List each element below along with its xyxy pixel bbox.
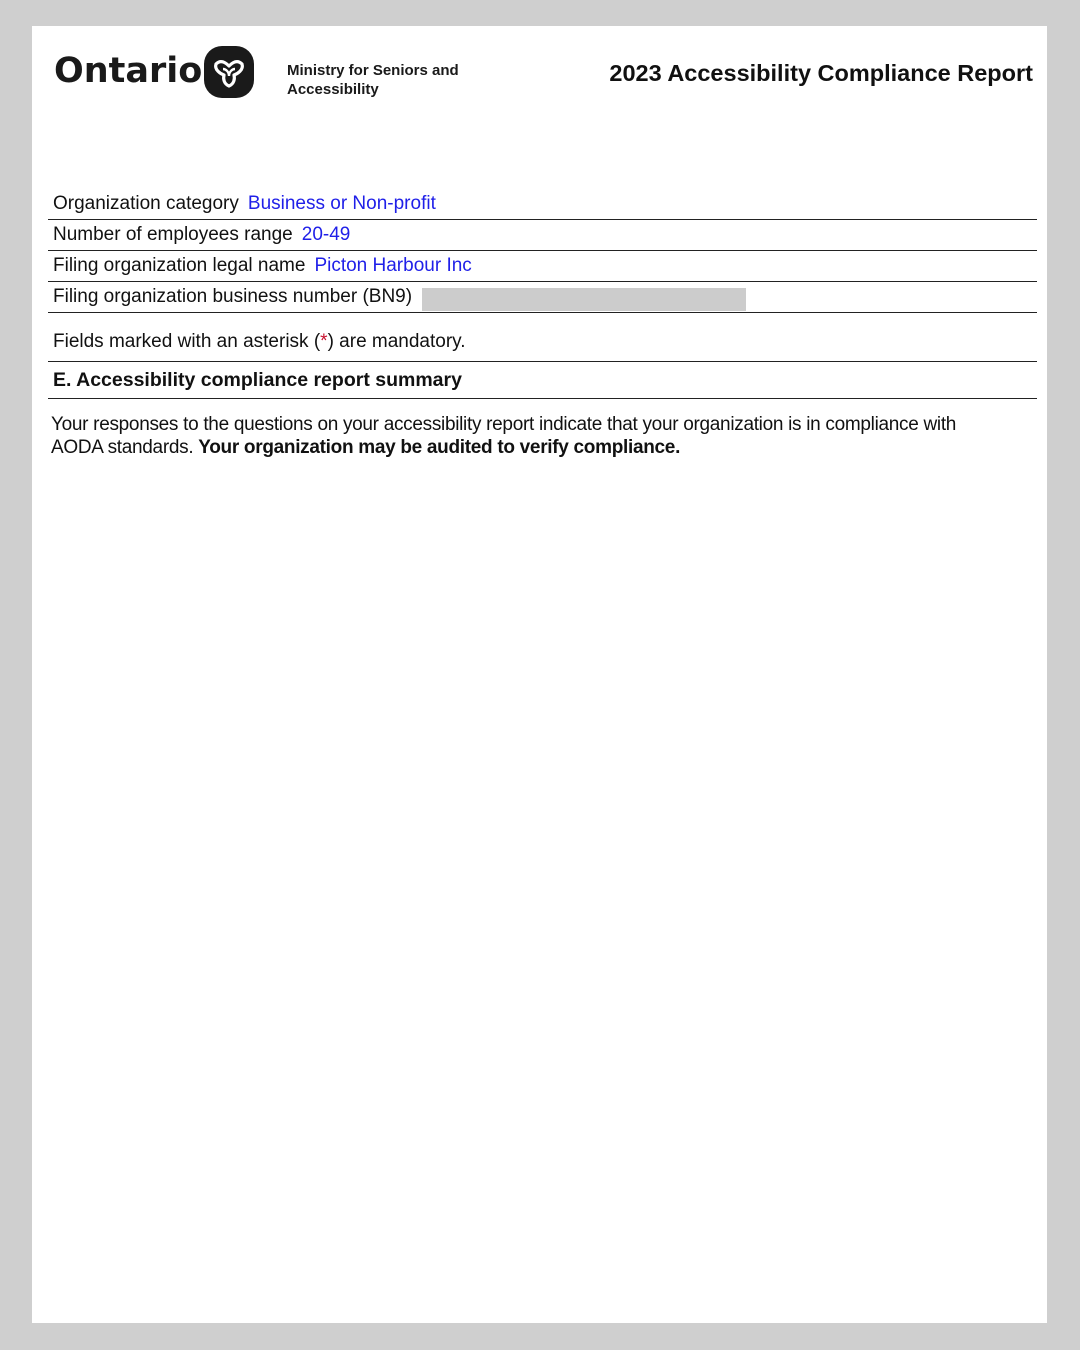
note-text: Fields marked with an asterisk (: [53, 331, 320, 353]
field-label: Organization category: [53, 193, 239, 215]
note-text: ) are mandatory.: [328, 331, 466, 353]
document-page: Ontario Ministry for Seniors and Accessi…: [32, 26, 1047, 1323]
ontario-logo-text: Ontario: [54, 54, 202, 89]
summary-emphasis: Your organization may be audited to veri…: [198, 437, 680, 458]
field-business-number: Filing organization business number (BN9…: [48, 282, 1037, 313]
field-organization-category: Organization category Business or Non-pr…: [48, 189, 1037, 220]
field-employees-range: Number of employees range 20-49: [48, 220, 1037, 251]
organization-info: Organization category Business or Non-pr…: [48, 189, 1037, 399]
field-label: Filing organization legal name: [53, 255, 305, 277]
report-title: 2023 Accessibility Compliance Report: [609, 60, 1033, 87]
field-value: Business or Non-profit: [248, 193, 436, 215]
field-label: Filing organization business number (BN9…: [53, 286, 412, 308]
asterisk-marker: *: [320, 331, 327, 353]
section-heading: E. Accessibility compliance report summa…: [48, 362, 1037, 399]
mandatory-note: Fields marked with an asterisk (*) are m…: [48, 313, 1037, 362]
field-legal-name: Filing organization legal name Picton Ha…: [48, 251, 1037, 282]
summary-text: Your responses to the questions on your …: [51, 413, 1011, 459]
ministry-name: Ministry for Seniors and Accessibility: [287, 61, 487, 99]
redacted-value: [422, 288, 746, 311]
trillium-icon: [204, 46, 254, 98]
field-value: 20-49: [302, 224, 351, 246]
field-label: Number of employees range: [53, 224, 293, 246]
field-value: Picton Harbour Inc: [314, 255, 471, 277]
